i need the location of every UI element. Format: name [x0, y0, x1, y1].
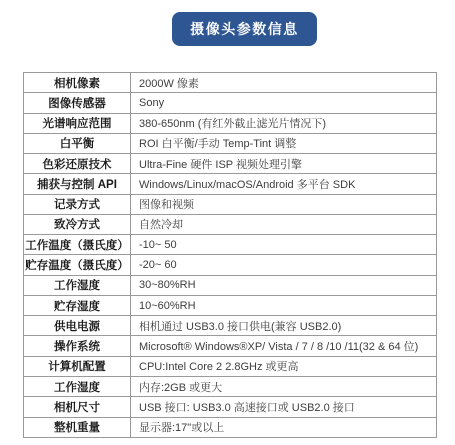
table-row: 记录方式图像和视频 [24, 194, 437, 214]
spec-value: 10~60%RH [131, 295, 437, 315]
table-row: 图像传感器Sony [24, 93, 437, 113]
spec-label: 贮存温度（摄氏度） [24, 255, 131, 275]
camera-spec-table: 相机像素2000W 像素图像传感器Sony光谱响应范围380-650nm (有红… [23, 72, 437, 438]
spec-value: 2000W 像素 [131, 73, 437, 93]
spec-label: 整机重量 [24, 417, 131, 437]
table-row: 相机尺寸USB 接口: USB3.0 高速接口或 USB2.0 接口 [24, 397, 437, 417]
spec-value: 相机通过 USB3.0 接口供电(兼容 USB2.0) [131, 316, 437, 336]
table-row: 致冷方式自然冷却 [24, 214, 437, 234]
spec-label: 贮存湿度 [24, 295, 131, 315]
table-row: 操作系统Microsoft® Windows®XP/ Vista / 7 / 8… [24, 336, 437, 356]
spec-label: 工作湿度 [24, 275, 131, 295]
table-row: 整机重量显示器:17"或以上 [24, 417, 437, 437]
spec-label: 光谱响应范围 [24, 113, 131, 133]
spec-value: Windows/Linux/macOS/Android 多平台 SDK [131, 174, 437, 194]
spec-label: 工作温度（摄氏度） [24, 235, 131, 255]
spec-label: 色彩还原技术 [24, 154, 131, 174]
spec-value: 380-650nm (有红外截止滤光片情况下) [131, 113, 437, 133]
table-row: 色彩还原技术Ultra-Fine 硬件 ISP 视频处理引擎 [24, 154, 437, 174]
table-row: 光谱响应范围380-650nm (有红外截止滤光片情况下) [24, 113, 437, 133]
spec-value: 内存:2GB 或更大 [131, 376, 437, 396]
spec-value: Sony [131, 93, 437, 113]
spec-value: -10~ 50 [131, 235, 437, 255]
spec-label: 致冷方式 [24, 214, 131, 234]
spec-label: 工作湿度 [24, 376, 131, 396]
spec-value: 显示器:17"或以上 [131, 417, 437, 437]
spec-label: 相机像素 [24, 73, 131, 93]
spec-label: 记录方式 [24, 194, 131, 214]
table-row: 计算机配置CPU:Intel Core 2 2.8GHz 或更高 [24, 356, 437, 376]
table-row: 相机像素2000W 像素 [24, 73, 437, 93]
spec-value: 自然冷却 [131, 214, 437, 234]
spec-value: -20~ 60 [131, 255, 437, 275]
spec-label: 相机尺寸 [24, 397, 131, 417]
spec-table-body: 相机像素2000W 像素图像传感器Sony光谱响应范围380-650nm (有红… [24, 73, 437, 438]
spec-value: ROI 白平衡/手动 Temp-Tint 调整 [131, 133, 437, 153]
spec-label: 操作系统 [24, 336, 131, 356]
spec-value: CPU:Intel Core 2 2.8GHz 或更高 [131, 356, 437, 376]
spec-value: USB 接口: USB3.0 高速接口或 USB2.0 接口 [131, 397, 437, 417]
table-row: 贮存湿度10~60%RH [24, 295, 437, 315]
table-row: 捕获与控制 APIWindows/Linux/macOS/Android 多平台… [24, 174, 437, 194]
table-row: 贮存温度（摄氏度）-20~ 60 [24, 255, 437, 275]
spec-value: 图像和视频 [131, 194, 437, 214]
table-row: 工作湿度30~80%RH [24, 275, 437, 295]
table-row: 供电电源相机通过 USB3.0 接口供电(兼容 USB2.0) [24, 316, 437, 336]
spec-label: 捕获与控制 API [24, 174, 131, 194]
table-row: 工作湿度内存:2GB 或更大 [24, 376, 437, 396]
spec-label: 供电电源 [24, 316, 131, 336]
spec-label: 白平衡 [24, 133, 131, 153]
spec-label: 计算机配置 [24, 356, 131, 376]
spec-value: 30~80%RH [131, 275, 437, 295]
spec-value: Ultra-Fine 硬件 ISP 视频处理引擎 [131, 154, 437, 174]
table-row: 工作温度（摄氏度）-10~ 50 [24, 235, 437, 255]
spec-label: 图像传感器 [24, 93, 131, 113]
table-row: 白平衡ROI 白平衡/手动 Temp-Tint 调整 [24, 133, 437, 153]
spec-value: Microsoft® Windows®XP/ Vista / 7 / 8 /10… [131, 336, 437, 356]
page-title: 摄像头参数信息 [172, 12, 317, 46]
